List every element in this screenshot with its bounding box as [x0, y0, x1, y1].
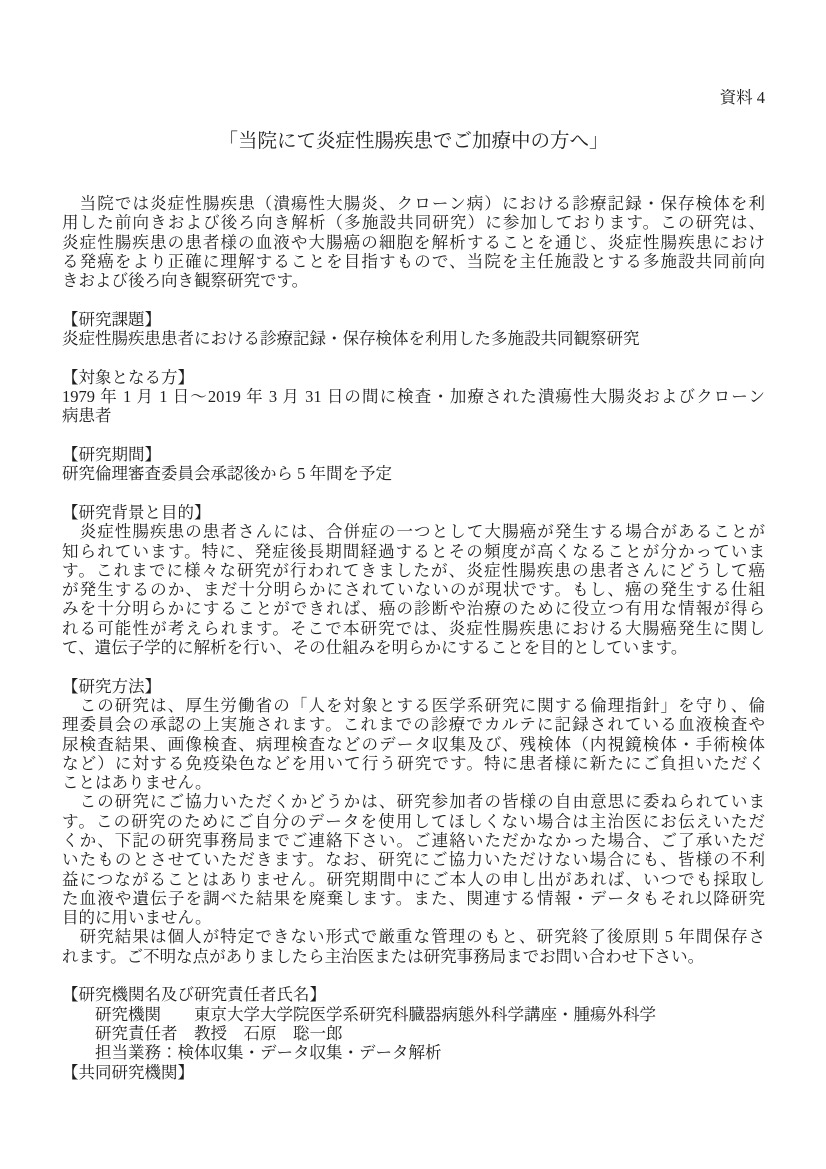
spacer-line — [62, 426, 765, 445]
text-line: す。これまでに様々な研究が行われてきましたが、炎症性腸疾患の患者さんにどうして癌 — [62, 561, 765, 580]
section-heading: 【研究方法】 — [62, 677, 765, 696]
text-line: て、遺伝子学的に解析を行い、その仕組みを明らかにすることを目的としています。 — [62, 638, 765, 657]
spacer-line — [62, 349, 765, 368]
text-line: 用した前向きおよび後ろ向き解析（多施設共同研究）に参加しております。この研究は、 — [62, 213, 765, 232]
section-heading: 【研究背景と目的】 — [62, 503, 765, 522]
text-line: この研究にご協力いただくかどうかは、研究参加者の皆様の自由意思に委ねられていま — [62, 792, 765, 811]
spacer-line — [62, 484, 765, 503]
text-line: ことはありません。 — [62, 773, 765, 792]
text-line: 病患者 — [62, 406, 765, 425]
doc-label: 資料 4 — [62, 88, 765, 107]
text-line: みを十分明らかにすることができれば、癌の診断や治療のために役立つ有用な情報が得ら — [62, 599, 765, 618]
text-line: 炎症性腸疾患の患者さんには、合併症の一つとして大腸癌が発生する場合があることが — [62, 522, 765, 541]
document-page: 資料 4 「当院にて炎症性腸疾患でご加療中の方へ」 当院では炎症性腸疾患（潰瘍性… — [0, 0, 826, 1169]
text-line: 益につながることはありません。研究期間中にご本人の申し出があれば、いつでも採取し — [62, 870, 765, 889]
text-line: す。この研究のためにご自分のデータを使用してほしくない場合は主治医にお伝えいただ — [62, 812, 765, 831]
text-line: 尿検査結果、画像検査、病理検査などのデータ収集及び、残検体（内視鏡検体・手術検体 — [62, 735, 765, 754]
text-line: この研究は、厚生労働省の「人を対象とする医学系研究に関する倫理指針」を守り、倫 — [62, 696, 765, 715]
spacer-line — [62, 657, 765, 676]
text-line: 理委員会の承認の上実施されます。これまでの診療でカルテに記録されている血液検査や — [62, 715, 765, 734]
text-line: きおよび後ろ向き観察研究です。 — [62, 271, 765, 290]
text-line: いたものとさせていただきます。なお、研究にご協力いただけない場合にも、皆様の不利 — [62, 850, 765, 869]
text-line: れる可能性が考えられます。そこで本研究では、炎症性腸疾患における大腸癌発生に関し — [62, 619, 765, 638]
doc-title: 「当院にて炎症性腸疾患でご加療中の方へ」 — [62, 127, 765, 156]
text-line: 1979 年 1 月 1 日～2019 年 3 月 31 日の間に検査・加療され… — [62, 387, 765, 406]
section-heading: 【研究機関名及び研究責任者氏名】 — [62, 985, 765, 1004]
section-heading: 【研究期間】 — [62, 445, 765, 464]
text-line: くか、下記の研究事務局までご連絡下さい。ご連絡いただかなかった場合、ご了承いただ — [62, 831, 765, 850]
text-line: た血液や遺伝子を調べた結果を廃棄します。また、関連する情報・データもそれ以降研究 — [62, 889, 765, 908]
text-line: 担当業務：検体収集・データ収集・データ解析 — [62, 1043, 765, 1062]
section-heading: 【研究課題】 — [62, 310, 765, 329]
spacer-line — [62, 291, 765, 310]
text-line: る発癌をより正確に理解することを目指すもので、当院を主任施設とする多施設共同前向 — [62, 252, 765, 271]
section-heading: 【対象となる方】 — [62, 368, 765, 387]
doc-body: 当院では炎症性腸疾患（潰瘍性大腸炎、クローン病）における診療記録・保存検体を利用… — [62, 194, 765, 1082]
text-line: など）に対する免疫染色などを用いて行う研究です。特に患者様に新たにご負担いただく — [62, 754, 765, 773]
text-line: 研究責任者 教授 石原 聡一郎 — [62, 1024, 765, 1043]
section-heading: 【共同研究機関】 — [62, 1063, 765, 1082]
text-line: れます。ご不明な点がありましたら主治医または研究事務局までお問い合わせ下さい。 — [62, 947, 765, 966]
text-line: 炎症性腸疾患の患者様の血液や大腸癌の細胞を解析することを通じ、炎症性腸疾患におけ — [62, 233, 765, 252]
text-line: 研究結果は個人が特定できない形式で厳重な管理のもと、研究終了後原則 5 年間保存… — [62, 927, 765, 946]
text-line: 研究機関 東京大学大学院医学系研究科臓器病態外科学講座・腫瘍外科学 — [62, 1005, 765, 1024]
text-line: 目的に用いません。 — [62, 908, 765, 927]
text-line: が発生するのか、まだ十分明らかにされていないのが現状です。もし、癌の発生する仕組 — [62, 580, 765, 599]
text-line: 知られています。特に、発症後長期間経過するとその頻度が高くなることが分かっていま — [62, 542, 765, 561]
spacer-line — [62, 966, 765, 985]
text-line: 研究倫理審査委員会承認後から 5 年間を予定 — [62, 464, 765, 483]
text-line: 当院では炎症性腸疾患（潰瘍性大腸炎、クローン病）における診療記録・保存検体を利 — [62, 194, 765, 213]
text-line: 炎症性腸疾患患者における診療記録・保存検体を利用した多施設共同観察研究 — [62, 329, 765, 348]
